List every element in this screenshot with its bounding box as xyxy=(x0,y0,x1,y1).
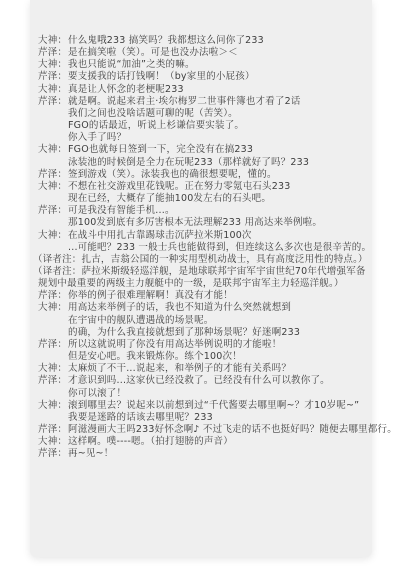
dialogue-line: 那100发到底有多厉害根本无法理解233 用高达来举例啦。 xyxy=(68,217,368,229)
speaker-label: 大神： xyxy=(38,35,68,47)
dialogue-line: 什么鬼哦233 搞笑吗？我都想这么问你了233 xyxy=(68,35,368,47)
dialogue-line: 你举的例子很难理解啊！真没有才能！ xyxy=(68,290,368,302)
dialogue-entry: 芹泽： 所以这就说明了你没有用高达举例说明的才能啦！但是安心吧。我来锻炼你。练个… xyxy=(38,339,368,363)
dialogue-entry: 大神： 在战斗中用扎古靠踢球击沉萨拉米斯100次...可能吧？233 一般士兵也… xyxy=(38,230,368,254)
dialogue-line: 但是安心吧。我来锻炼你。练个100次！ xyxy=(68,351,368,363)
dialogue-entry: 大神： 滚到哪里去？说起来以前想到过“千代酱要去哪里啊~？才10岁呢~”我要是迷… xyxy=(38,400,368,424)
dialogue-text: （译者注：萨拉米斯级轻巡洋舰，是地球联邦宇宙军宇宙世纪70年代增强军备规划中最重… xyxy=(33,266,368,290)
dialogue-entry: 大神： 太麻烦了不干...说起来，和举例子的才能有关系吗？ xyxy=(38,363,368,375)
dialogue-line: 在宇宙中的舰队遭遇战的场景呢。 xyxy=(68,315,368,327)
dialogue-entry: 芹泽： 签到游戏（笑）。泳装我也的确很想要呢，懂的。 xyxy=(38,169,368,181)
speaker-label: 大神： xyxy=(38,436,68,448)
transcript-content: 大神： 什么鬼哦233 搞笑吗？我都想这么问你了233 芹泽： 是在搞笑啦（笑）… xyxy=(30,0,372,460)
dialogue-line: 这样啊。噗----嗯。（拍打翅膀的声音） xyxy=(68,436,368,448)
dialogue-line: （译者注：扎古，吉翁公国的一种实用型机动战士，具有高度泛用性的特点。） xyxy=(33,254,368,266)
dialogue-entry: 大神： 我也只能说“加油”之类的嘛。 xyxy=(38,59,368,71)
transcript-card: 大神： 什么鬼哦233 搞笑吗？我都想这么问你了233 芹泽： 是在搞笑啦（笑）… xyxy=(30,0,372,557)
page-background: 大神： 什么鬼哦233 搞笑吗？我都想这么问你了233 芹泽： 是在搞笑啦（笑）… xyxy=(0,0,400,583)
dialogue-entry: 芹泽： 你举的例子很难理解啊！真没有才能！ xyxy=(38,290,368,302)
dialogue-entry: 芹泽： 阿滋漫画大王吗233好怀念啊♪ 不过飞走的话不也挺好吗？随便去哪里都行。 xyxy=(38,424,368,436)
dialogue-entry: （译者注：扎古，吉翁公国的一种实用型机动战士，具有高度泛用性的特点。） xyxy=(33,254,368,266)
dialogue-entry: 芹泽： 是在搞笑啦（笑）。可是也没办法啦＞＜ xyxy=(38,47,368,59)
dialogue-entry: 大神： 不想在社交游戏里花钱呢。正在努力零氪屯石头233现在已经，大概存了能抽1… xyxy=(38,181,368,205)
dialogue-entry: 芹泽： 才意识到吗...这家伙已经没救了。已经没有什么可以教你了。你可以滚了！ xyxy=(38,375,368,399)
speaker-label: 大神： xyxy=(38,144,68,156)
dialogue-text: 你举的例子很难理解啊！真没有才能！ xyxy=(68,290,368,302)
speaker-label: 芹泽： xyxy=(38,169,68,181)
dialogue-line: 阿滋漫画大王吗233好怀念啊♪ 不过飞走的话不也挺好吗？随便去哪里都行。 xyxy=(68,424,368,436)
dialogue-text: 所以这就说明了你没有用高达举例说明的才能啦！但是安心吧。我来锻炼你。练个100次… xyxy=(68,339,368,363)
dialogue-entry: 芹泽： 要支援我的话打钱啊！（by家里的小屁孩） xyxy=(38,71,368,83)
dialogue-text: 签到游戏（笑）。泳装我也的确很想要呢，懂的。 xyxy=(68,169,368,181)
dialogue-entry: 芹泽： 就是啊。说起来君主·埃尔梅罗二世事件簿也才看了2话我们之间也没啥话题可聊… xyxy=(38,96,368,145)
dialogue-entry: （译者注：萨拉米斯级轻巡洋舰，是地球联邦宇宙军宇宙世纪70年代增强军备规划中最重… xyxy=(33,266,368,290)
dialogue-line: 签到游戏（笑）。泳装我也的确很想要呢，懂的。 xyxy=(68,169,368,181)
dialogue-line: 不想在社交游戏里花钱呢。正在努力零氪屯石头233 xyxy=(68,181,368,193)
dialogue-text: 要支援我的话打钱啊！（by家里的小屁孩） xyxy=(68,71,368,83)
dialogue-text: 可是我没有智能手机...。那100发到底有多厉害根本无法理解233 用高达来举例… xyxy=(68,205,368,229)
dialogue-line: 是在搞笑啦（笑）。可是也没办法啦＞＜ xyxy=(68,47,368,59)
dialogue-line: 要支援我的话打钱啊！（by家里的小屁孩） xyxy=(68,71,368,83)
dialogue-text: FGO也就每日签到一下，完全没有在搞233泳装池的时候倒是全力在玩呢233（那样… xyxy=(68,144,368,168)
dialogue-text: 这样啊。噗----嗯。（拍打翅膀的声音） xyxy=(68,436,368,448)
dialogue-text: 就是啊。说起来君主·埃尔梅罗二世事件簿也才看了2话我们之间也没啥话题可聊的呢（苦… xyxy=(68,96,368,145)
dialogue-text: 什么鬼哦233 搞笑吗？我都想这么问你了233 xyxy=(68,35,368,47)
dialogue-text: 太麻烦了不干...说起来，和举例子的才能有关系吗？ xyxy=(68,363,368,375)
dialogue-text: 是在搞笑啦（笑）。可是也没办法啦＞＜ xyxy=(68,47,368,59)
dialogue-line: ...可能吧？233 一般士兵也能做得到，但连续这么多次也是很辛苦的。 xyxy=(68,242,368,254)
dialogue-line: 再~见~！ xyxy=(68,448,368,460)
dialogue-line: FGO的话最近，听说上杉谦信要实装了。 xyxy=(68,120,368,132)
speaker-label: 大神： xyxy=(38,230,68,242)
dialogue-line: 真是让人怀念的老梗呢233 xyxy=(68,84,368,96)
speaker-label: 大神： xyxy=(38,302,68,314)
dialogue-text: 在战斗中用扎古靠踢球击沉萨拉米斯100次...可能吧？233 一般士兵也能做得到… xyxy=(68,230,368,254)
dialogue-line: 泳装池的时候倒是全力在玩呢233（那样就好了吗？233 xyxy=(68,157,368,169)
dialogue-line: 我们之间也没啥话题可聊的呢（苦笑）。 xyxy=(68,108,368,120)
speaker-label: 芹泽： xyxy=(38,71,68,83)
dialogue-line: 规划中最重要的两级主力舰艇中的一级，是联邦宇宙军主力轻巡洋舰。） xyxy=(33,278,368,290)
dialogue-line: 现在已经，大概存了能抽100发左右的石头吧。 xyxy=(68,193,368,205)
dialogue-text: 阿滋漫画大王吗233好怀念啊♪ 不过飞走的话不也挺好吗？随便去哪里都行。 xyxy=(68,424,368,436)
speaker-label: 大神： xyxy=(38,363,68,375)
speaker-label: 芹泽： xyxy=(38,339,68,351)
dialogue-line: 你入手了吗？ xyxy=(68,132,368,144)
dialogue-entry: 大神： 用高达来举例子的话，我也不知道为什么突然就想到在宇宙中的舰队遭遇战的场景… xyxy=(38,302,368,338)
speaker-label: 大神： xyxy=(38,400,68,412)
dialogue-text: 我也只能说“加油”之类的嘛。 xyxy=(68,59,368,71)
dialogue-line: 所以这就说明了你没有用高达举例说明的才能啦！ xyxy=(68,339,368,351)
speaker-label: 芹泽： xyxy=(38,290,68,302)
dialogue-line: 可是我没有智能手机...。 xyxy=(68,205,368,217)
dialogue-line: （译者注：萨拉米斯级轻巡洋舰，是地球联邦宇宙军宇宙世纪70年代增强军备 xyxy=(33,266,368,278)
dialogue-text: 用高达来举例子的话，我也不知道为什么突然就想到在宇宙中的舰队遭遇战的场景呢。的确… xyxy=(68,302,368,338)
dialogue-entry: 大神： FGO也就每日签到一下，完全没有在搞233泳装池的时候倒是全力在玩呢23… xyxy=(38,144,368,168)
dialogue-text: 才意识到吗...这家伙已经没救了。已经没有什么可以教你了。你可以滚了！ xyxy=(68,375,368,399)
speaker-label: 芹泽： xyxy=(38,448,68,460)
dialogue-line: FGO也就每日签到一下，完全没有在搞233 xyxy=(68,144,368,156)
dialogue-line: 你可以滚了！ xyxy=(68,388,368,400)
speaker-label: 芹泽： xyxy=(38,424,68,436)
dialogue-entry: 芹泽： 可是我没有智能手机...。那100发到底有多厉害根本无法理解233 用高… xyxy=(38,205,368,229)
dialogue-line: 在战斗中用扎古靠踢球击沉萨拉米斯100次 xyxy=(68,230,368,242)
speaker-label: 芹泽： xyxy=(38,375,68,387)
dialogue-line: 我要是迷路的话该去哪里呢？233 xyxy=(68,412,368,424)
dialogue-text: 不想在社交游戏里花钱呢。正在努力零氪屯石头233现在已经，大概存了能抽100发左… xyxy=(68,181,368,205)
dialogue-line: 的确，为什么我直接就想到了那种场景呢？好迷啊233 xyxy=(68,327,368,339)
dialogue-list: 大神： 什么鬼哦233 搞笑吗？我都想这么问你了233 芹泽： 是在搞笑啦（笑）… xyxy=(38,35,368,460)
speaker-label: 芹泽： xyxy=(38,205,68,217)
dialogue-text: 滚到哪里去？说起来以前想到过“千代酱要去哪里啊~？才10岁呢~”我要是迷路的话该… xyxy=(68,400,368,424)
dialogue-line: 才意识到吗...这家伙已经没救了。已经没有什么可以教你了。 xyxy=(68,375,368,387)
dialogue-line: 用高达来举例子的话，我也不知道为什么突然就想到 xyxy=(68,302,368,314)
dialogue-line: 太麻烦了不干...说起来，和举例子的才能有关系吗？ xyxy=(68,363,368,375)
dialogue-line: 就是啊。说起来君主·埃尔梅罗二世事件簿也才看了2话 xyxy=(68,96,368,108)
dialogue-entry: 大神： 真是让人怀念的老梗呢233 xyxy=(38,84,368,96)
dialogue-entry: 大神： 这样啊。噗----嗯。（拍打翅膀的声音） xyxy=(38,436,368,448)
speaker-label: 大神： xyxy=(38,59,68,71)
dialogue-text: （译者注：扎古，吉翁公国的一种实用型机动战士，具有高度泛用性的特点。） xyxy=(33,254,368,266)
speaker-label: 芹泽： xyxy=(38,47,68,59)
dialogue-line: 我也只能说“加油”之类的嘛。 xyxy=(68,59,368,71)
speaker-label: 大神： xyxy=(38,181,68,193)
dialogue-entry: 芹泽： 再~见~！ xyxy=(38,448,368,460)
dialogue-entry: 大神： 什么鬼哦233 搞笑吗？我都想这么问你了233 xyxy=(38,35,368,47)
speaker-label: 大神： xyxy=(38,84,68,96)
dialogue-line: 滚到哪里去？说起来以前想到过“千代酱要去哪里啊~？才10岁呢~” xyxy=(68,400,368,412)
speaker-label: 芹泽： xyxy=(38,96,68,108)
dialogue-text: 再~见~！ xyxy=(68,448,368,460)
dialogue-text: 真是让人怀念的老梗呢233 xyxy=(68,84,368,96)
